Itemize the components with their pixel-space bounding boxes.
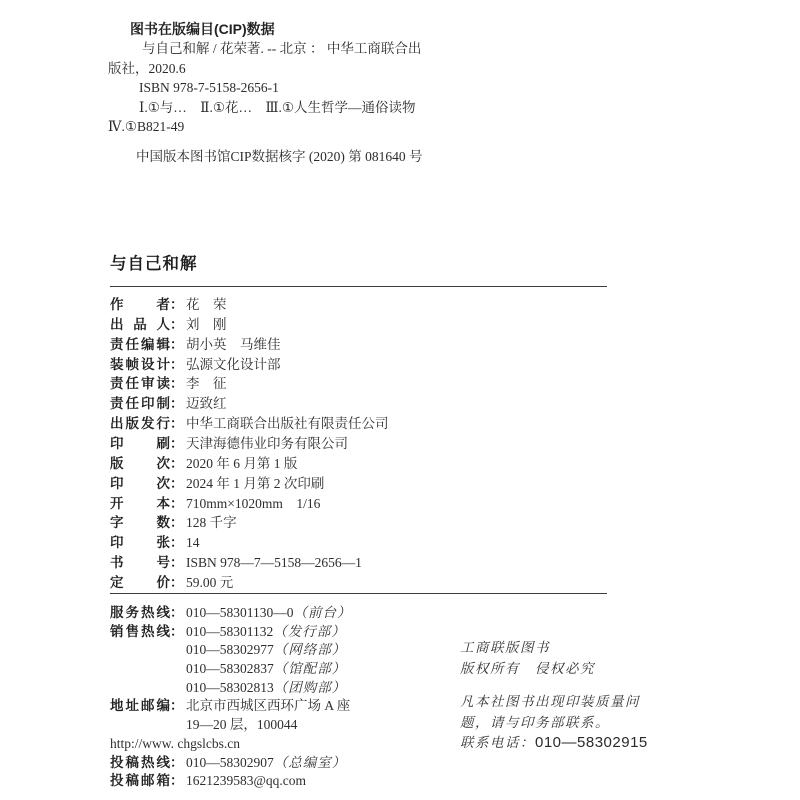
info-value: 花 荣 [186, 297, 227, 312]
cip-line: Ⅰ.①与… Ⅱ.①花… Ⅲ.①人生哲学—通俗读物 [108, 98, 608, 117]
info-colon: ： [170, 295, 186, 315]
info-colon: ： [170, 513, 186, 533]
info-row: 责任编辑：胡小英 马维佳 [110, 335, 389, 355]
contact-row: 010—58302813（团购部） [110, 679, 352, 698]
book-title: 与自己和解 [110, 250, 198, 274]
info-label: 责任印制 [110, 394, 170, 414]
info-row: 版次：2020 年 6 月第 1 版 [110, 454, 389, 474]
contact-row: 010—58302977（网络部） [110, 641, 352, 660]
info-label: 印刷 [110, 434, 170, 454]
contact-row: 地址邮编：北京市西城区西环广场 A 座 [110, 697, 352, 716]
contact-note: （馆配部） [274, 661, 347, 676]
info-label: 定价 [110, 573, 170, 593]
contact-value: 19—20 层，100044 [186, 717, 297, 732]
contact-value: 010—58301132 [186, 624, 273, 639]
quality-phone-line: 联系电话：010—58302915 [460, 733, 648, 754]
rights-line: 工商联版图书 [460, 638, 648, 659]
info-label: 字数 [110, 513, 170, 533]
info-colon: ： [170, 553, 186, 573]
info-colon: ： [170, 414, 186, 434]
info-value: 李 征 [186, 376, 227, 391]
contact-row: 投稿热线：010—58302907（总编室） [110, 754, 352, 773]
info-value: 710mm×1020mm 1/16 [186, 496, 320, 511]
info-label: 印张 [110, 533, 170, 553]
contact-row: 服务热线：010—58301130—0（前台） [110, 604, 352, 623]
contact-colon: ： [170, 604, 186, 623]
contact-phone-number: 010—58302915 [535, 734, 648, 751]
info-row: 装帧设计：弘源文化设计部 [110, 355, 389, 375]
info-value: 刘 刚 [186, 317, 227, 332]
contact-label: 投稿热线 [110, 754, 170, 773]
info-value: 天津海德伟业印务有限公司 [186, 436, 348, 451]
info-colon: ： [170, 494, 186, 514]
info-colon: ： [170, 474, 186, 494]
contact-colon: ： [170, 623, 186, 642]
cip-line: Ⅳ.①B821-49 [108, 117, 608, 136]
contact-note: （前台） [294, 605, 352, 620]
contact-note: （发行部） [273, 624, 346, 639]
contact-row: 19—20 层，100044 [110, 716, 352, 735]
contact-colon: ： [170, 772, 186, 791]
info-colon: ： [170, 434, 186, 454]
contact-colon: ： [170, 697, 186, 716]
contact-note: （总编室） [274, 755, 347, 770]
contact-value: 北京市西城区西环广场 A 座 [186, 698, 350, 713]
divider-rule [110, 593, 607, 594]
website-line: http://www. chgslcbs.cn [110, 735, 352, 754]
info-label: 作者 [110, 295, 170, 315]
info-colon: ： [170, 394, 186, 414]
info-row: 开本：710mm×1020mm 1/16 [110, 494, 389, 514]
info-colon: ： [170, 315, 186, 335]
info-row: 作者：花 荣 [110, 295, 389, 315]
cip-line: 版社，2020.6 [108, 59, 608, 78]
rights-block: 工商联版图书 版权所有 侵权必究 凡本社图书出现印装质量问 题，请与印务部联系。… [460, 638, 648, 754]
contact-value: 010—58302813 [186, 680, 274, 695]
contact-label: 服务热线 [110, 604, 170, 623]
contact-value: 1621239583@qq.com [186, 773, 306, 788]
info-label: 责任审读 [110, 374, 170, 394]
info-row: 出版发行：中华工商联合出版社有限责任公司 [110, 414, 389, 434]
info-label: 版次 [110, 454, 170, 474]
contact-phone-label: 联系电话： [460, 735, 535, 750]
info-colon: ： [170, 335, 186, 355]
info-label: 责任编辑 [110, 335, 170, 355]
contact-value: http://www. chgslcbs.cn [110, 736, 240, 751]
contact-label: 地址邮编 [110, 697, 170, 716]
info-row: 定价：59.00 元 [110, 573, 389, 593]
contact-label: 销售热线 [110, 623, 170, 642]
info-colon: ： [170, 355, 186, 375]
cip-header: 图书在版编目(CIP)数据 [108, 20, 608, 39]
info-value: 2024 年 1 月第 2 次印刷 [186, 476, 324, 491]
quality-note-line: 题，请与印务部联系。 [460, 713, 648, 734]
info-value: 迈致红 [186, 396, 227, 411]
quality-note-line: 凡本社图书出现印装质量问 [460, 692, 648, 713]
contact-value: 010—58301130—0 [186, 605, 294, 620]
rights-line: 版权所有 侵权必究 [460, 659, 648, 680]
info-label: 印次 [110, 474, 170, 494]
info-value: ISBN 978—7—5158—2656—1 [186, 555, 362, 570]
info-row: 书号：ISBN 978—7—5158—2656—1 [110, 553, 389, 573]
info-row: 字数：128 千字 [110, 513, 389, 533]
info-label: 出版发行 [110, 414, 170, 434]
contact-row: 010—58302837（馆配部） [110, 660, 352, 679]
contact-value: 010—58302907 [186, 755, 274, 770]
info-value: 59.00 元 [186, 575, 233, 590]
title-rule [110, 286, 607, 287]
info-label: 开本 [110, 494, 170, 514]
cip-line: ISBN 978-7-5158-2656-1 [108, 78, 608, 97]
cip-block: 图书在版编目(CIP)数据 与自己和解 / 花荣著. -- 北京 ： 中华工商联… [108, 20, 608, 167]
info-label: 书号 [110, 553, 170, 573]
contact-row: 投稿邮箱：1621239583@qq.com [110, 772, 352, 791]
contact-note: （网络部） [274, 642, 347, 657]
contacts-block: 服务热线：010—58301130—0（前台）销售热线：010—58301132… [110, 604, 352, 791]
info-label: 装帧设计 [110, 355, 170, 375]
info-row: 责任印制：迈致红 [110, 394, 389, 414]
info-colon: ： [170, 533, 186, 553]
info-row: 印次：2024 年 1 月第 2 次印刷 [110, 474, 389, 494]
info-value: 胡小英 马维佳 [186, 337, 281, 352]
info-table: 作者：花 荣出品人：刘 刚责任编辑：胡小英 马维佳装帧设计：弘源文化设计部责任审… [110, 295, 389, 593]
info-value: 128 千字 [186, 515, 237, 530]
contact-value: 010—58302837 [186, 661, 274, 676]
info-value: 中华工商联合出版社有限责任公司 [186, 416, 389, 431]
info-colon: ： [170, 454, 186, 474]
info-row: 责任审读：李 征 [110, 374, 389, 394]
cip-line: 与自己和解 / 花荣著. -- 北京 ： 中华工商联合出 [108, 39, 608, 58]
contact-value: 010—58302977 [186, 642, 274, 657]
info-colon: ： [170, 374, 186, 394]
contact-colon: ： [170, 754, 186, 773]
info-value: 2020 年 6 月第 1 版 [186, 456, 297, 471]
info-row: 印张：14 [110, 533, 389, 553]
contact-label: 投稿邮箱 [110, 772, 170, 791]
info-label: 出品人 [110, 315, 170, 335]
info-row: 出品人：刘 刚 [110, 315, 389, 335]
copyright-page: 图书在版编目(CIP)数据 与自己和解 / 花荣著. -- 北京 ： 中华工商联… [0, 0, 800, 800]
contact-row: 销售热线：010—58301132（发行部） [110, 623, 352, 642]
cip-record: 中国版本图书馆CIP数据核字 (2020) 第 081640 号 [108, 147, 608, 166]
info-value: 弘源文化设计部 [186, 357, 281, 372]
info-value: 14 [186, 535, 200, 550]
info-row: 印刷：天津海德伟业印务有限公司 [110, 434, 389, 454]
contact-note: （团购部） [274, 680, 347, 695]
info-colon: ： [170, 573, 186, 593]
